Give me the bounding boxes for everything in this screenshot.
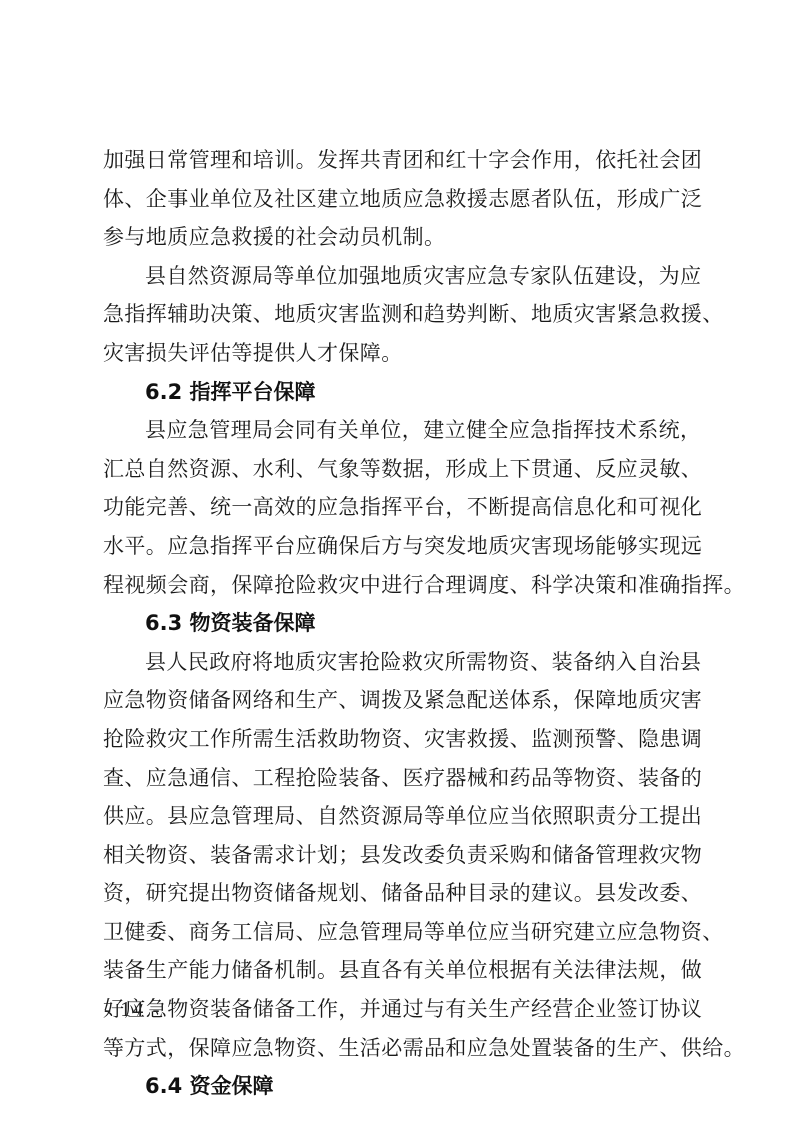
text-line: 灾害损失评估等提供人才保障。 bbox=[103, 334, 693, 373]
text-line: 县人民政府将地质灾害抢险救灾所需物资、装备纳入自治县 bbox=[103, 643, 693, 682]
text-line: 装备生产能力储备机制。县直各有关单位根据有关法律法规，做 bbox=[103, 951, 693, 990]
text-line: 水平。应急指挥平台应确保后方与突发地质灾害现场能够实现远 bbox=[103, 527, 693, 566]
text-line: 急指挥辅助决策、地质灾害监测和趋势判断、地质灾害紧急救援、 bbox=[103, 295, 693, 334]
section-heading-6-4: 6.4 资金保障 bbox=[103, 1067, 693, 1106]
text-line: 卫健委、商务工信局、应急管理局等单位应当研究建立应急物资、 bbox=[103, 913, 693, 952]
text-line: 供应。县应急管理局、自然资源局等单位应当依照职责分工提出 bbox=[103, 797, 693, 836]
text-line: 县自然资源局等单位加强地质灾害应急专家队伍建设，为应 bbox=[103, 257, 693, 296]
text-line: 参与地质应急救援的社会动员机制。 bbox=[103, 218, 693, 257]
text-line: 汇总自然资源、水利、气象等数据，形成上下贯通、反应灵敏、 bbox=[103, 450, 693, 489]
section-heading-6-2: 6.2 指挥平台保障 bbox=[103, 373, 693, 412]
document-body: 加强日常管理和培训。发挥共青团和红十字会作用，依托社会团 体、企事业单位及社区建… bbox=[103, 141, 693, 1106]
text-line: 抢险救灾工作所需生活救助物资、灾害救援、监测预警、隐患调 bbox=[103, 720, 693, 759]
text-line: 等方式，保障应急物资、生活必需品和应急处置装备的生产、供给。 bbox=[103, 1029, 693, 1068]
text-line: 相关物资、装备需求计划；县发改委负责采购和储备管理救灾物 bbox=[103, 836, 693, 875]
text-line: 县应急管理局会同有关单位，建立健全应急指挥技术系统， bbox=[103, 411, 693, 450]
text-line: 加强日常管理和培训。发挥共青团和红十字会作用，依托社会团 bbox=[103, 141, 693, 180]
text-line: 好应急物资装备储备工作，并通过与有关生产经营企业签订协议 bbox=[103, 990, 693, 1029]
text-line: 程视频会商，保障抢险救灾中进行合理调度、科学决策和准确指挥。 bbox=[103, 566, 693, 605]
text-line: 功能完善、统一高效的应急指挥平台，不断提高信息化和可视化 bbox=[103, 488, 693, 527]
section-heading-6-3: 6.3 物资装备保障 bbox=[103, 604, 693, 643]
page-number: - 14 - bbox=[104, 997, 162, 1022]
text-line: 查、应急通信、工程抢险装备、医疗器械和药品等物资、装备的 bbox=[103, 759, 693, 798]
document-page: 加强日常管理和培训。发挥共青团和红十字会作用，依托社会团 体、企事业单位及社区建… bbox=[0, 0, 793, 1122]
text-line: 体、企事业单位及社区建立地质应急救援志愿者队伍，形成广泛 bbox=[103, 180, 693, 219]
text-line: 应急物资储备网络和生产、调拨及紧急配送体系，保障地质灾害 bbox=[103, 681, 693, 720]
text-line: 资，研究提出物资储备规划、储备品种目录的建议。县发改委、 bbox=[103, 874, 693, 913]
